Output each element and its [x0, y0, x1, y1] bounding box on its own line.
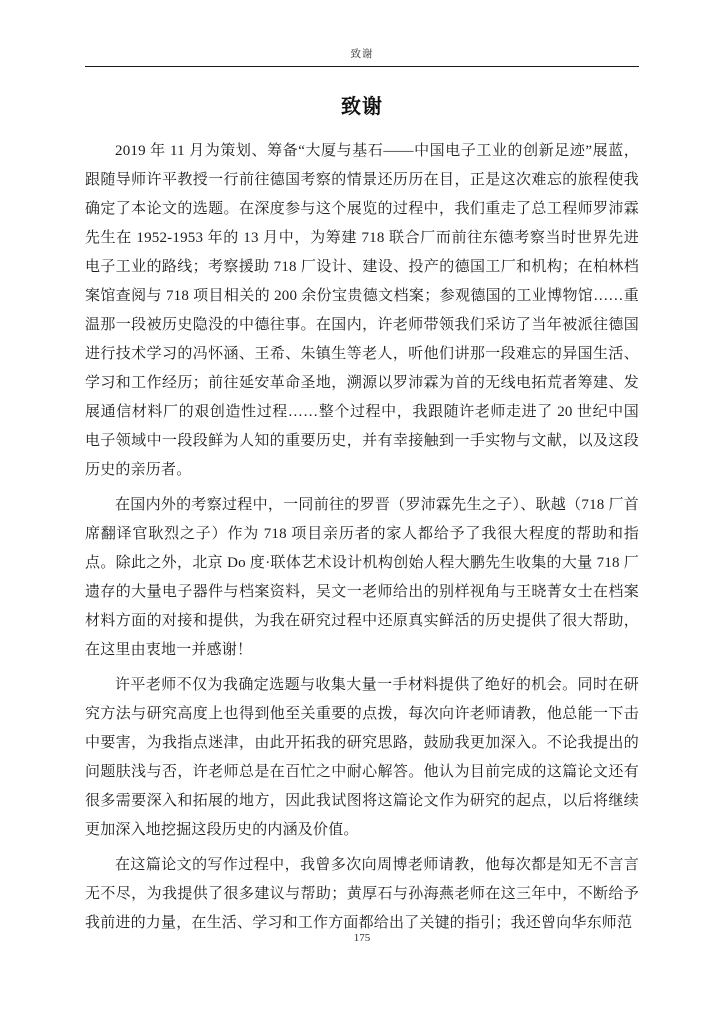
page-title: 致谢	[85, 90, 639, 119]
paragraph: 在这篇论文的写作过程中，我曾多次向周博老师请教，他每次都是知无不言言无不尽，为我…	[85, 851, 639, 938]
paragraph: 在国内外的考察过程中，一同前往的罗晋（罗沛霖先生之子）、耿越（718 厂首席翻译…	[85, 491, 639, 665]
document-page: 致谢 致谢 2019 年 11 月为策划、筹备“大厦与基石——中国电子工业的创新…	[0, 0, 724, 1023]
page-content: 致谢 致谢 2019 年 11 月为策划、筹备“大厦与基石——中国电子工业的创新…	[85, 0, 639, 938]
page-number: 175	[0, 932, 724, 944]
running-head: 致谢	[85, 0, 639, 61]
header-rule	[85, 66, 639, 67]
paragraph: 2019 年 11 月为策划、筹备“大厦与基石——中国电子工业的创新足迹”展蓝，…	[85, 137, 639, 485]
paragraph: 许平老师不仅为我确定选题与收集大量一手材料提供了绝好的机会。同时在研究方法与研究…	[85, 671, 639, 845]
body-text: 2019 年 11 月为策划、筹备“大厦与基石——中国电子工业的创新足迹”展蓝，…	[85, 137, 639, 938]
